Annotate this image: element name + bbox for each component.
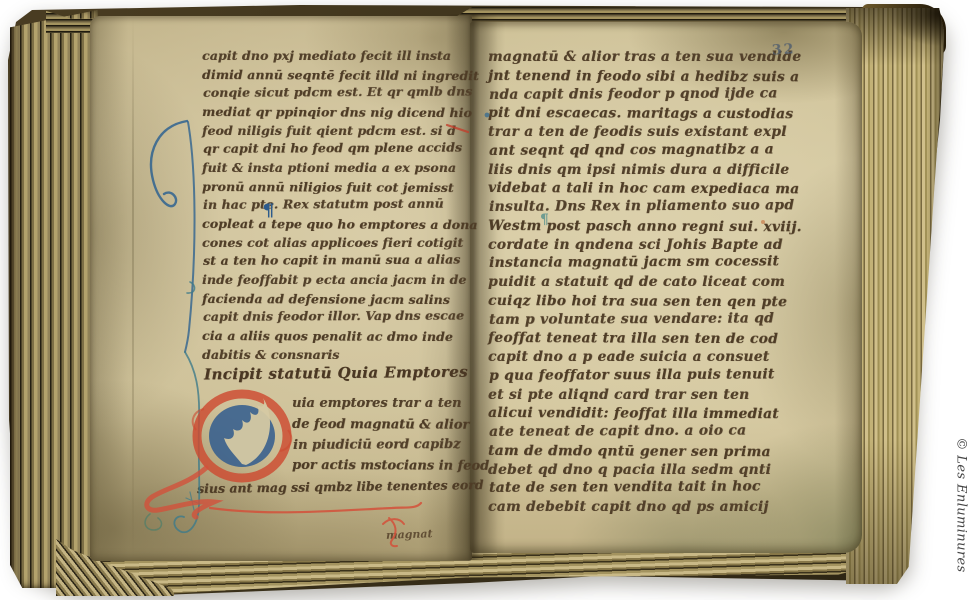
- manuscript-text-line: in hac pte. Rex statutm post annū: [203, 195, 469, 215]
- manuscript-text-line: capit dno pxj mediato fecit ill insta: [202, 47, 468, 66]
- manuscript-text-line: qr capit dni ho feod qm plene accids: [203, 139, 469, 159]
- manuscript-text-line: inde feoffabit p ecta ancia jacm in de: [202, 271, 468, 290]
- photo-credit: © Les Enluminures: [954, 437, 969, 572]
- manuscript-photo: capit dno pxj mediato fecit ill insta di…: [0, 0, 976, 600]
- manuscript-text-line: feoffat teneat tra illa sen ten de cod: [488, 329, 850, 349]
- manuscript-text-line: cia a aliis quos penalit ac dmo inde: [202, 327, 468, 347]
- manuscript-text-line: conqie sicut pdcm est. Et qr qmlb dns: [203, 83, 469, 103]
- catchword: magnat: [386, 527, 433, 543]
- manuscript-text-line: st a ten ho capit in manū sua a alias: [203, 251, 469, 271]
- manuscript-text-line: mediat qr ppinqior dns nig dicend hio: [202, 103, 468, 123]
- manuscript-text-line: cam debebit capit dno qd ps amicij: [488, 498, 850, 517]
- manuscript-text-line: de feod magnatū & alior: [292, 415, 472, 437]
- manuscript-text-line: tam p voluntate sua vendare: ita qd: [489, 309, 851, 330]
- manuscript-text-line: fuit & insta ptioni media a ex psona: [202, 159, 468, 178]
- right-page-text-block: magnatū & alior tras a ten sua vendide j…: [488, 48, 850, 517]
- initial-indented-text-block: uia emptores trar a ten de feod magnatū …: [292, 394, 472, 477]
- manuscript-text-line: puidit a statuit qd de cato liceat com: [488, 273, 850, 292]
- blue-paraph-icon: ¶: [262, 201, 274, 221]
- manuscript-text-line: et si pte aliqnd card trar sen ten: [488, 386, 850, 405]
- manuscript-text-line: in piudiciū eord capibz: [293, 435, 473, 457]
- teal-paraph-icon: ¶: [540, 212, 549, 228]
- manuscript-text-line: tate de sen ten vendita tait in hoc: [489, 477, 851, 498]
- manuscript-text-line: magnatū & alior tras a ten sua vendide: [488, 48, 850, 67]
- manuscript-text-line: tam de dmdo qntū gener sen prima: [488, 442, 850, 462]
- manuscript-text-line: ant seqnt qd qnd cos magnatibz a a: [489, 140, 851, 161]
- manuscript-text-line: pit dni escaecas. maritags a custodias: [488, 104, 850, 124]
- manuscript-text-line: feod niligis fuit qient pdcm est. si d: [202, 122, 468, 141]
- manuscript-text-line: liis dnis qm ipsi nimis dura a difficile: [488, 161, 850, 180]
- manuscript-text-line: capit dnis feodor illor. Vap dns escae: [203, 307, 469, 327]
- left-page-text-block: capit dno pxj mediato fecit ill insta di…: [202, 47, 468, 364]
- manuscript-text-line: trar a ten de feodis suis existant expl: [488, 123, 850, 142]
- manuscript-text-line: copleat a tepe quo ho emptores a dona: [202, 215, 468, 235]
- rubric-incipit: Incipit statutū Quia Emptores: [204, 359, 468, 388]
- manuscript-text-line: sius ant mag ssi qmbz libe tenentes eord: [197, 475, 484, 499]
- manuscript-text-line: uia emptores trar a ten: [292, 394, 472, 415]
- folio-number: 32: [771, 41, 796, 59]
- manuscript-text-line: p qua feoffator suus illa puis tenuit: [489, 365, 851, 386]
- manuscript-text-line: instancia magnatū jacm sm cocessit: [489, 252, 851, 273]
- left-page-stack-edge: [10, 10, 98, 588]
- manuscript-text-line: cones cot alias applicoes fieri cotigit: [202, 234, 468, 253]
- manuscript-text-line: ate teneat de capit dno. a oio ca: [489, 421, 851, 442]
- manuscript-text-line: capit dno a p eade suicia a consuet: [488, 348, 850, 367]
- manuscript-text-line: nda capit dnis feodor p qnod ijde ca: [489, 84, 851, 105]
